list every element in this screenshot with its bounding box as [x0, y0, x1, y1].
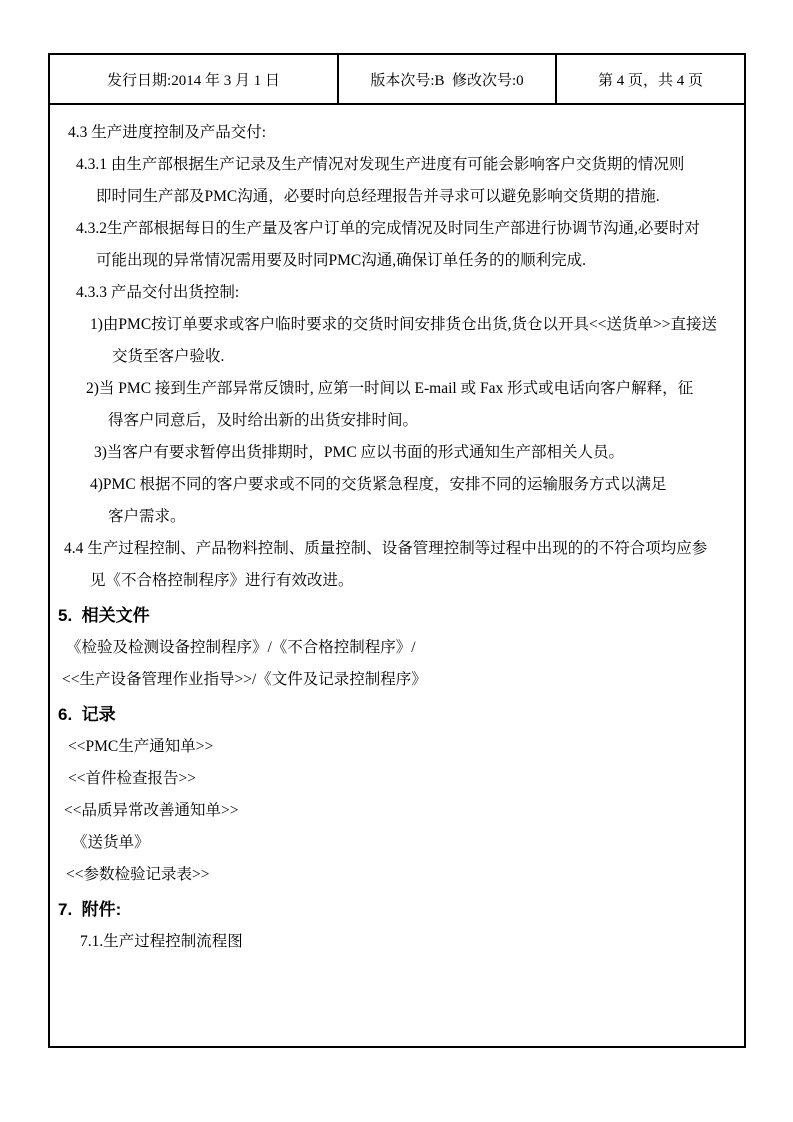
- clause-4-3-2-cont: 可能出现的异常情况需用要及时同PMC沟通,确保订单任务的的顺利完成.: [50, 245, 744, 277]
- header-table: 发行日期:2014 年 3 月 1 日 版本次号:B 修改次号:0 第 4 页，…: [50, 55, 744, 105]
- clause-4-3-3: 4.3.3 产品交付出货控制:: [50, 277, 744, 309]
- item-1: 1)由PMC按订单要求或客户临时要求的交货时间安排货仓出货,货仓以开具<<送货单…: [50, 309, 744, 341]
- item-2: 2)当 PMC 接到生产部异常反馈时, 应第一时间以 E-mail 或 Fax …: [50, 373, 744, 405]
- record-pmc-notice: <<PMC生产通知单>>: [50, 731, 744, 763]
- document-page: 发行日期:2014 年 3 月 1 日 版本次号:B 修改次号:0 第 4 页，…: [0, 0, 793, 1122]
- header-page-number: 第 4 页，共 4 页: [557, 55, 744, 103]
- section-6-heading: 6. 记录: [50, 698, 744, 731]
- clause-4-3-2: 4.3.2生产部根据每日的生产量及客户订单的完成情况及时同生产部进行协调节沟通,…: [50, 213, 744, 245]
- item-4: 4)PMC 根据不同的客户要求或不同的交货紧急程度，安排不同的运输服务方式以满足: [50, 469, 744, 501]
- record-quality-abnormal-notice: <<品质异常改善通知单>>: [50, 795, 744, 827]
- related-doc-line-2: <<生产设备管理作业指导>>/《文件及记录控制程序》: [50, 664, 744, 696]
- record-first-article-report: <<首件检查报告>>: [50, 763, 744, 795]
- header-version: 版本次号:B 修改次号:0: [339, 55, 557, 103]
- clause-4-3-1-cont: 即时同生产部及PMC沟通，必要时向总经理报告并寻求可以避免影响交货期的措施.: [50, 181, 744, 213]
- item-3: 3)当客户有要求暂停出货排期时，PMC 应以书面的形式通知生产部相关人员。: [50, 437, 744, 469]
- record-delivery-note: 《送货单》: [50, 827, 744, 859]
- related-doc-line-1: 《检验及检测设备控制程序》/《不合格控制程序》/: [50, 632, 744, 664]
- clause-4-4: 4.4 生产过程控制、产品物料控制、质量控制、设备管理控制等过程中出现的的不符合…: [50, 533, 744, 565]
- section-5-heading: 5. 相关文件: [50, 599, 744, 632]
- document-frame: 发行日期:2014 年 3 月 1 日 版本次号:B 修改次号:0 第 4 页，…: [48, 53, 746, 1048]
- item-4-cont: 客户需求。: [50, 501, 744, 533]
- clause-4-4-cont: 见《不合格控制程序》进行有效改进。: [50, 565, 744, 597]
- clause-4-3: 4.3 生产进度控制及产品交付:: [50, 117, 744, 149]
- section-7-heading: 7. 附件:: [50, 893, 744, 926]
- item-1-cont: 交货至客户验收.: [50, 341, 744, 373]
- header-issue-date: 发行日期:2014 年 3 月 1 日: [50, 55, 339, 103]
- record-parameter-inspection: <<参数检验记录表>>: [50, 859, 744, 891]
- document-body: 4.3 生产进度控制及产品交付: 4.3.1 由生产部根据生产记录及生产情况对发…: [50, 105, 744, 958]
- item-2-cont: 得客户同意后，及时给出新的出货安排时间。: [50, 405, 744, 437]
- clause-7-1: 7.1.生产过程控制流程图: [50, 926, 744, 958]
- clause-4-3-1: 4.3.1 由生产部根据生产记录及生产情况对发现生产进度有可能会影响客户交货期的…: [50, 149, 744, 181]
